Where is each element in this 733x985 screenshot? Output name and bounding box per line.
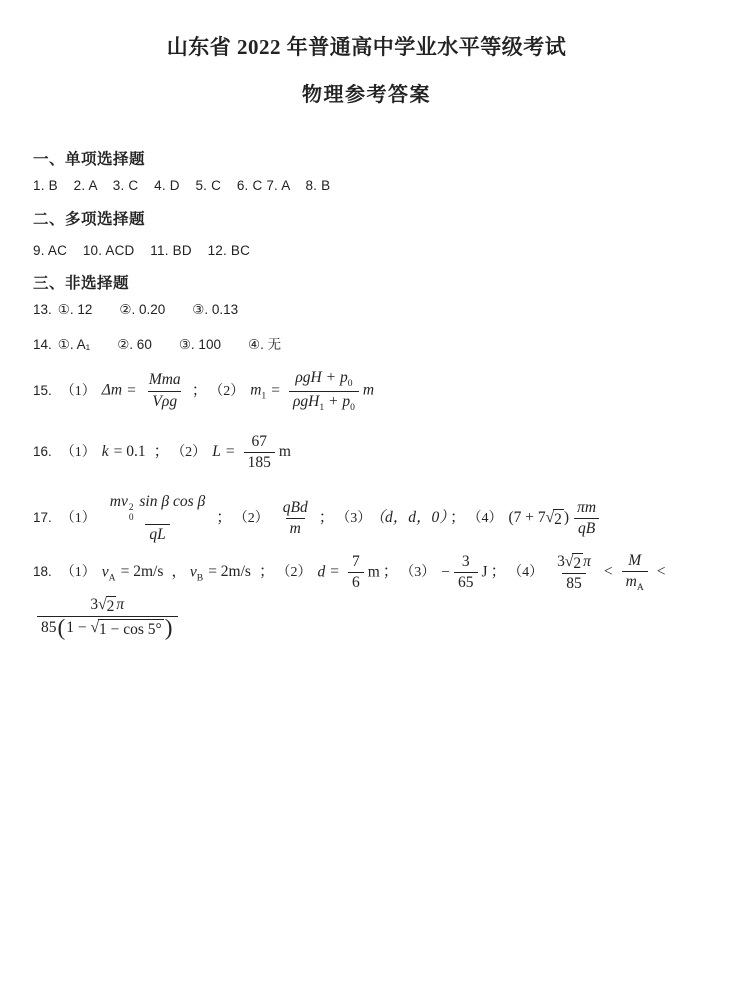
equals-sign: =	[226, 443, 235, 460]
math-var: m	[250, 382, 261, 399]
math-expr: (7 + 7	[509, 509, 546, 526]
semicolon: ；	[491, 563, 507, 580]
math-expr: 3	[90, 596, 98, 613]
math-value: = 2m/s	[121, 563, 164, 580]
semicolon: ；	[216, 509, 232, 526]
fraction-denominator: 65	[454, 572, 478, 593]
right-paren: )	[165, 615, 173, 641]
fraction-numerator: qBd	[279, 498, 312, 518]
multi-choice-answers: 9. AC 10. ACD 11. BD 12. BC	[33, 243, 717, 258]
fraction: ρgH + p0ρgH1 + p0	[289, 368, 359, 414]
math-value: = 0.1	[114, 443, 146, 460]
subscript: 0	[348, 378, 353, 389]
radicand: 2	[106, 596, 117, 616]
question-number: 18.	[33, 564, 52, 579]
semicolon: ；	[259, 563, 275, 580]
subscript: 0	[129, 514, 134, 524]
section-heading-single-choice: 一、单项选择题	[33, 147, 717, 169]
square-root: √2	[565, 553, 583, 573]
part-label: （1）	[61, 445, 96, 460]
math-var: v	[190, 563, 197, 580]
fraction-numerator: 3√2π	[553, 552, 595, 573]
semicolon: ；	[450, 509, 466, 526]
math-var: m	[626, 573, 637, 590]
fraction-numerator: mv20 sin β cos β	[106, 492, 209, 524]
semicolon: ；	[383, 563, 399, 580]
comma: ，	[171, 563, 187, 580]
math-var: ρgH	[293, 393, 319, 410]
semicolon: ；	[192, 382, 208, 399]
fraction: qBdm	[279, 498, 312, 539]
minus-sign: −	[441, 563, 450, 580]
unit-label: m	[368, 563, 380, 580]
question-number: 16.	[33, 444, 52, 459]
subscript: A	[109, 573, 116, 584]
part-label: （2）	[178, 445, 206, 460]
semicolon: ；	[319, 509, 335, 526]
square-root: √1 − cos 5°	[91, 619, 164, 639]
unit-label: m	[279, 443, 291, 460]
fraction: 365	[454, 552, 478, 593]
question-number: 15.	[33, 383, 52, 398]
math-expr: 85	[41, 619, 57, 636]
radicand: 2	[572, 553, 583, 573]
section-heading-multi-choice: 二、多项选择题	[33, 207, 717, 229]
fraction-denominator: qB	[574, 518, 599, 539]
math-var: ρgH + p	[295, 369, 347, 386]
fraction: 3√2π85(1 − √1 − cos 5°)	[37, 595, 178, 640]
fraction-numerator: ρgH + p0	[291, 368, 356, 391]
fraction-denominator: ρgH1 + p0	[289, 391, 359, 415]
exam-title: 山东省 2022 年普通高中学业水平等级考试	[0, 31, 733, 61]
math-var: k	[102, 443, 109, 460]
fraction-denominator: m	[286, 518, 305, 539]
part-label: （1）	[61, 511, 96, 526]
fraction-numerator: M	[624, 551, 645, 571]
fraction: MmaVρg	[145, 370, 185, 411]
q13-item-3: ③. 0.13	[192, 302, 238, 318]
q14-item-1: ①. A₁	[58, 337, 90, 353]
answer-line-16: 16.（1）k= 0.1；（2）L=67185m	[33, 432, 717, 473]
q14-item-4: ④. 无	[248, 333, 281, 353]
fraction-denominator: mA	[622, 571, 648, 595]
math-var: m	[363, 382, 374, 399]
math-var: v	[102, 563, 109, 580]
equals-sign: =	[330, 563, 339, 580]
answer-line-17: 17.（1）mv20 sin β cos βqL；（2）qBdm；（3）（d，d…	[33, 492, 717, 545]
math-expr: )	[564, 509, 569, 526]
fraction-denominator: qL	[145, 524, 169, 545]
part-label: （2）	[283, 565, 311, 580]
subscript: 1	[261, 391, 266, 402]
square-root: √2	[98, 596, 116, 616]
math-expr: 1 −	[66, 619, 90, 636]
math-expr: 3	[557, 553, 565, 570]
answer-line-13: 13. ①. 12 ②. 0.20 ③. 0.13	[33, 302, 717, 318]
part-label: （3）	[407, 565, 435, 580]
unit-label: J	[482, 563, 488, 580]
math-var: L	[212, 443, 221, 460]
q13-item-2: ②. 0.20	[119, 302, 165, 318]
fraction-denominator: 185	[244, 452, 275, 473]
math-var: sin β cos β	[136, 493, 206, 510]
q14-item-2: ②. 60	[117, 337, 152, 353]
fraction-denominator: 85	[562, 573, 586, 594]
math-value: = 2m/s	[208, 563, 251, 580]
fraction-numerator: 67	[247, 432, 271, 452]
exam-subtitle: 物理参考答案	[0, 78, 733, 107]
q13-item-1: ①. 12	[58, 302, 93, 318]
radicand: 2	[553, 509, 564, 529]
subscript: 0	[350, 402, 355, 413]
part-label: （4）	[515, 565, 543, 580]
math-var: π	[583, 553, 591, 570]
fraction: 76	[348, 552, 364, 593]
fraction-numerator: 3	[458, 552, 474, 572]
math-var: + p	[324, 393, 350, 410]
math-var: mv	[110, 493, 128, 510]
equals-sign: =	[271, 382, 280, 399]
question-number: 14.	[33, 337, 52, 352]
fraction-denominator: 6	[348, 572, 364, 593]
fraction: 67185	[244, 432, 275, 473]
subscript: A	[637, 582, 644, 593]
coordinate-tuple: （d，d，0）	[377, 509, 447, 526]
question-number: 13.	[33, 302, 52, 317]
fraction: 3√2π85	[553, 552, 595, 594]
fraction-denominator: Vρg	[148, 391, 181, 412]
question-number: 17.	[33, 510, 52, 525]
sub-sup-stack: 20	[129, 504, 134, 524]
subscript: B	[197, 573, 203, 584]
part-label: （3）	[343, 511, 371, 526]
fraction: MmA	[622, 551, 648, 595]
part-label: （4）	[475, 511, 503, 526]
fraction-denominator: 85(1 − √1 − cos 5°)	[37, 616, 178, 640]
fraction: πmqB	[573, 498, 600, 539]
equals-sign: =	[127, 382, 136, 399]
answer-line-15: 15.（1）Δm=MmaVρg；（2）m1=ρgH + p0ρgH1 + p0m	[33, 368, 717, 414]
answer-line-14: 14. ①. A₁ ②. 60 ③. 100 ④. 无	[33, 333, 717, 353]
left-paren: (	[58, 615, 66, 641]
radicand: 1 − cos 5°	[98, 619, 164, 639]
answer-line-18: 18.（1）vA= 2m/s，vB= 2m/s；（2）d=76m；（3）−365…	[33, 551, 717, 640]
part-label: （2）	[216, 384, 244, 399]
single-choice-answers: 1. B 2. A 3. C 4. D 5. C 6. C 7. A 8. B	[33, 178, 717, 193]
q14-item-3: ③. 100	[179, 337, 221, 353]
fraction-numerator: 3√2π	[86, 595, 128, 616]
part-label: （1）	[61, 384, 96, 399]
math-var: d	[317, 563, 325, 580]
document-page: 山东省 2022 年普通高中学业水平等级考试 物理参考答案 一、单项选择题 1.…	[0, 0, 733, 985]
semicolon: ；	[154, 443, 170, 460]
less-than-sign: <	[604, 563, 613, 580]
fraction-numerator: Mma	[145, 370, 185, 390]
fraction-numerator: πm	[573, 498, 600, 518]
part-label: （2）	[241, 511, 269, 526]
fraction: mv20 sin β cos βqL	[106, 492, 209, 545]
less-than-sign: <	[657, 563, 666, 580]
math-var: π	[116, 596, 124, 613]
section-heading-non-choice: 三、非选择题	[33, 271, 717, 293]
math-var: Δm	[102, 382, 122, 399]
fraction-numerator: 7	[348, 552, 364, 572]
square-root: √2	[546, 509, 564, 529]
part-label: （1）	[61, 565, 96, 580]
